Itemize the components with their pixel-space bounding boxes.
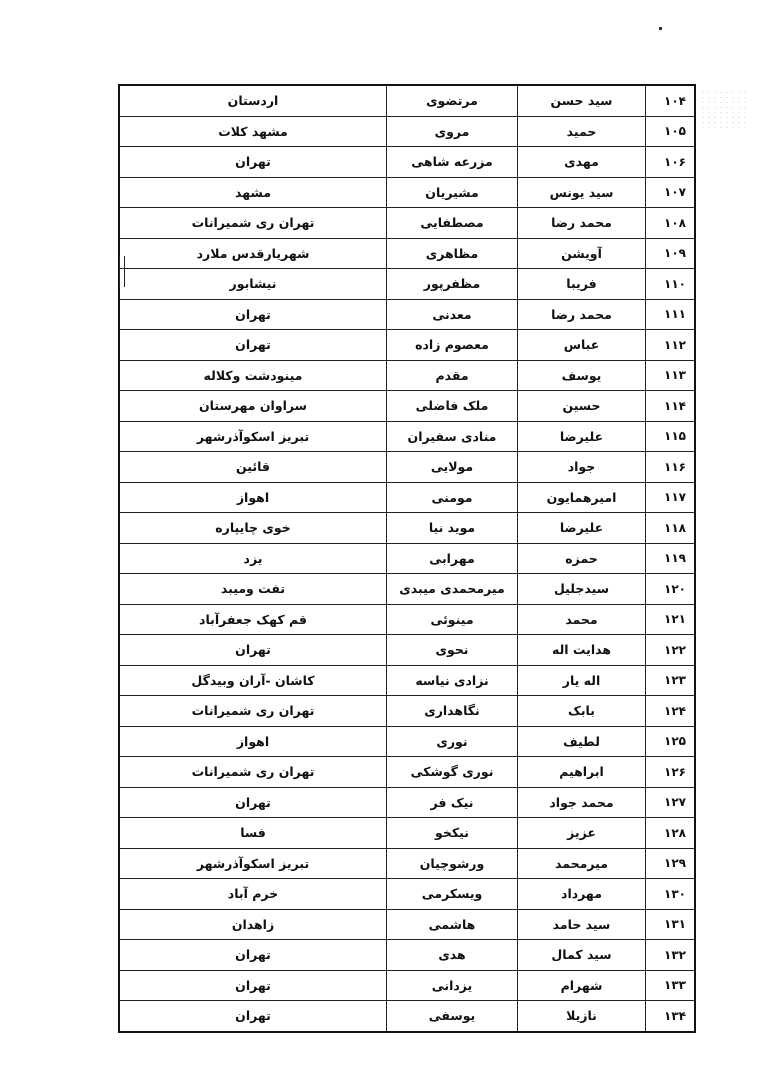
row-number: ۱۲۴ (646, 696, 696, 727)
roster-table: ۱۰۴سید حسنمرتضویاردستان۱۰۵حمیدمرویمشهد ک… (118, 84, 696, 1033)
row-number: ۱۱۰ (646, 269, 696, 300)
last-name-cell: هدی (387, 940, 518, 971)
table-row: ۱۰۸محمد رضامصطفاییتهران ری شمیرانات (119, 208, 695, 239)
scan-noise (700, 90, 750, 130)
last-name-cell: نزادی نیاسه (387, 665, 518, 696)
table-row: ۱۲۹میرمحمدورشوچیانتبریز اسکوآذرشهر (119, 848, 695, 879)
row-number: ۱۲۶ (646, 757, 696, 788)
first-name-cell: سید حامد (518, 909, 646, 940)
city-cell: زاهدان (119, 909, 387, 940)
first-name-cell: یوسف (518, 360, 646, 391)
last-name-cell: مشیریان (387, 177, 518, 208)
row-number: ۱۰۸ (646, 208, 696, 239)
city-cell: شهریارقدس ملارد (119, 238, 387, 269)
table-row: ۱۲۲هدایت الهنحویتهران (119, 635, 695, 666)
city-cell: تهران ری شمیرانات (119, 208, 387, 239)
first-name-cell: حمزه (518, 543, 646, 574)
city-cell: قم کهک جعفرآباد (119, 604, 387, 635)
last-name-cell: نیک فر (387, 787, 518, 818)
row-number: ۱۲۲ (646, 635, 696, 666)
city-cell: تهران ری شمیرانات (119, 757, 387, 788)
row-number: ۱۳۱ (646, 909, 696, 940)
table-row: ۱۰۷سید یونسمشیریانمشهد (119, 177, 695, 208)
last-name-cell: ویسکرمی (387, 879, 518, 910)
city-cell: مشهد (119, 177, 387, 208)
row-number: ۱۲۰ (646, 574, 696, 605)
city-cell: مینودشت وکلاله (119, 360, 387, 391)
first-name-cell: سید یونس (518, 177, 646, 208)
first-name-cell: بابک (518, 696, 646, 727)
row-number: ۱۱۸ (646, 513, 696, 544)
table-row: ۱۱۷امیرهمایونمومنیاهواز (119, 482, 695, 513)
table-row: ۱۰۵حمیدمرویمشهد کلات (119, 116, 695, 147)
table-row: ۱۲۸عزیزنیکخوفسا (119, 818, 695, 849)
row-number: ۱۲۱ (646, 604, 696, 635)
city-cell: تهران ری شمیرانات (119, 696, 387, 727)
first-name-cell: ابراهیم (518, 757, 646, 788)
last-name-cell: نوری گوشکی (387, 757, 518, 788)
table-row: ۱۳۱سید حامدهاشمیزاهدان (119, 909, 695, 940)
last-name-cell: مصطفایی (387, 208, 518, 239)
table-row: ۱۱۵علیرضامنادی سفیرانتبریز اسکوآذرشهر (119, 421, 695, 452)
row-number: ۱۲۳ (646, 665, 696, 696)
last-name-cell: موید نیا (387, 513, 518, 544)
city-cell: تهران (119, 147, 387, 178)
first-name-cell: لطیف (518, 726, 646, 757)
last-name-cell: ورشوچیان (387, 848, 518, 879)
last-name-cell: یوسفی (387, 1001, 518, 1032)
first-name-cell: آویشن (518, 238, 646, 269)
table-row: ۱۲۶ابراهیمنوری گوشکیتهران ری شمیرانات (119, 757, 695, 788)
table-row: ۱۲۴بابکنگاهداریتهران ری شمیرانات (119, 696, 695, 727)
city-cell: تهران (119, 970, 387, 1001)
first-name-cell: جواد (518, 452, 646, 483)
table-row: ۱۱۰فریبامظفرپورنیشابور (119, 269, 695, 300)
city-cell: تفت ومیبد (119, 574, 387, 605)
city-cell: تهران (119, 635, 387, 666)
city-cell: تهران (119, 787, 387, 818)
last-name-cell: مرتضوی (387, 85, 518, 116)
table-row: ۱۱۴حسینملک فاضلیسراوان مهرستان (119, 391, 695, 422)
row-number: ۱۳۳ (646, 970, 696, 1001)
city-cell: تهران (119, 299, 387, 330)
first-name-cell: امیرهمایون (518, 482, 646, 513)
row-number: ۱۱۷ (646, 482, 696, 513)
first-name-cell: مهرداد (518, 879, 646, 910)
first-name-cell: شهرام (518, 970, 646, 1001)
last-name-cell: مظاهری (387, 238, 518, 269)
last-name-cell: هاشمی (387, 909, 518, 940)
last-name-cell: مظفرپور (387, 269, 518, 300)
table-row: ۱۰۶مهدیمزرعه شاهیتهران (119, 147, 695, 178)
row-number: ۱۳۴ (646, 1001, 696, 1032)
table-row: ۱۰۴سید حسنمرتضویاردستان (119, 85, 695, 116)
first-name-cell: علیرضا (518, 421, 646, 452)
table-row: ۱۲۳اله یارنزادی نیاسهکاشان -آران وبیدگل (119, 665, 695, 696)
last-name-cell: مینوئی (387, 604, 518, 635)
first-name-cell: اله یار (518, 665, 646, 696)
city-cell: تهران (119, 940, 387, 971)
last-name-cell: ملک فاضلی (387, 391, 518, 422)
last-name-cell: یزدانی (387, 970, 518, 1001)
row-number: ۱۱۹ (646, 543, 696, 574)
last-name-cell: مهرابی (387, 543, 518, 574)
first-name-cell: محمد جواد (518, 787, 646, 818)
city-cell: نیشابور (119, 269, 387, 300)
first-name-cell: عزیز (518, 818, 646, 849)
first-name-cell: سید کمال (518, 940, 646, 971)
row-number: ۱۰۴ (646, 85, 696, 116)
roster-body: ۱۰۴سید حسنمرتضویاردستان۱۰۵حمیدمرویمشهد ک… (119, 85, 695, 1032)
row-number: ۱۱۲ (646, 330, 696, 361)
last-name-cell: مولایی (387, 452, 518, 483)
table-row: ۱۲۱محمدمینوئیقم کهک جعفرآباد (119, 604, 695, 635)
table-row: ۱۲۷محمد جوادنیک فرتهران (119, 787, 695, 818)
city-cell: فسا (119, 818, 387, 849)
table-row: ۱۰۹آویشنمظاهریشهریارقدس ملارد (119, 238, 695, 269)
first-name-cell: محمد رضا (518, 208, 646, 239)
first-name-cell: محمد رضا (518, 299, 646, 330)
row-number: ۱۰۵ (646, 116, 696, 147)
table-row: ۱۱۸علیرضاموید نیاخوی چایپاره (119, 513, 695, 544)
row-number: ۱۱۳ (646, 360, 696, 391)
last-name-cell: منادی سفیران (387, 421, 518, 452)
last-name-cell: نیکخو (387, 818, 518, 849)
first-name-cell: فریبا (518, 269, 646, 300)
last-name-cell: معصوم زاده (387, 330, 518, 361)
row-number: ۱۰۷ (646, 177, 696, 208)
table-row: ۱۲۰سیدجلیلمیرمحمدی میبدیتفت ومیبد (119, 574, 695, 605)
table-row: ۱۳۳شهرامیزدانیتهران (119, 970, 695, 1001)
city-cell: تبریز اسکوآذرشهر (119, 848, 387, 879)
city-cell: خرم آباد (119, 879, 387, 910)
row-number: ۱۱۵ (646, 421, 696, 452)
city-cell: سراوان مهرستان (119, 391, 387, 422)
last-name-cell: مروی (387, 116, 518, 147)
first-name-cell: مهدی (518, 147, 646, 178)
table-row: ۱۲۵لطیفنوریاهواز (119, 726, 695, 757)
first-name-cell: هدایت اله (518, 635, 646, 666)
table-row: ۱۳۰مهردادویسکرمیخرم آباد (119, 879, 695, 910)
table-row: ۱۱۳یوسفمقدممینودشت وکلاله (119, 360, 695, 391)
first-name-cell: سیدجلیل (518, 574, 646, 605)
table-row: ۱۱۱محمد رضامعدنیتهران (119, 299, 695, 330)
last-name-cell: میرمحمدی میبدی (387, 574, 518, 605)
margin-mark (119, 256, 125, 287)
last-name-cell: مومنی (387, 482, 518, 513)
city-cell: تهران (119, 330, 387, 361)
first-name-cell: میرمحمد (518, 848, 646, 879)
city-cell: تبریز اسکوآذرشهر (119, 421, 387, 452)
last-name-cell: نحوی (387, 635, 518, 666)
city-cell: اهواز (119, 726, 387, 757)
row-number: ۱۱۶ (646, 452, 696, 483)
row-number: ۱۰۹ (646, 238, 696, 269)
row-number: ۱۳۲ (646, 940, 696, 971)
table-row: ۱۳۲سید کمالهدیتهران (119, 940, 695, 971)
row-number: ۱۱۴ (646, 391, 696, 422)
row-number: ۱۲۹ (646, 848, 696, 879)
table-row: ۱۱۹حمزهمهرابییزد (119, 543, 695, 574)
last-name-cell: نگاهداری (387, 696, 518, 727)
first-name-cell: علیرضا (518, 513, 646, 544)
city-cell: یزد (119, 543, 387, 574)
first-name-cell: حمید (518, 116, 646, 147)
row-number: ۱۰۶ (646, 147, 696, 178)
city-cell: کاشان -آران وبیدگل (119, 665, 387, 696)
last-name-cell: نوری (387, 726, 518, 757)
scan-speck (659, 27, 662, 30)
last-name-cell: مزرعه شاهی (387, 147, 518, 178)
city-cell: خوی چایپاره (119, 513, 387, 544)
first-name-cell: حسین (518, 391, 646, 422)
first-name-cell: محمد (518, 604, 646, 635)
row-number: ۱۳۰ (646, 879, 696, 910)
row-number: ۱۲۸ (646, 818, 696, 849)
row-number: ۱۱۱ (646, 299, 696, 330)
city-cell: مشهد کلات (119, 116, 387, 147)
city-cell: اهواز (119, 482, 387, 513)
table-row: ۱۱۶جوادمولاییقائین (119, 452, 695, 483)
row-number: ۱۲۵ (646, 726, 696, 757)
last-name-cell: معدنی (387, 299, 518, 330)
city-cell: تهران (119, 1001, 387, 1032)
first-name-cell: نازیلا (518, 1001, 646, 1032)
row-number: ۱۲۷ (646, 787, 696, 818)
table-row: ۱۱۲عباسمعصوم زادهتهران (119, 330, 695, 361)
city-cell: قائین (119, 452, 387, 483)
table-row: ۱۳۴نازیلایوسفیتهران (119, 1001, 695, 1032)
last-name-cell: مقدم (387, 360, 518, 391)
first-name-cell: عباس (518, 330, 646, 361)
first-name-cell: سید حسن (518, 85, 646, 116)
city-cell: اردستان (119, 85, 387, 116)
